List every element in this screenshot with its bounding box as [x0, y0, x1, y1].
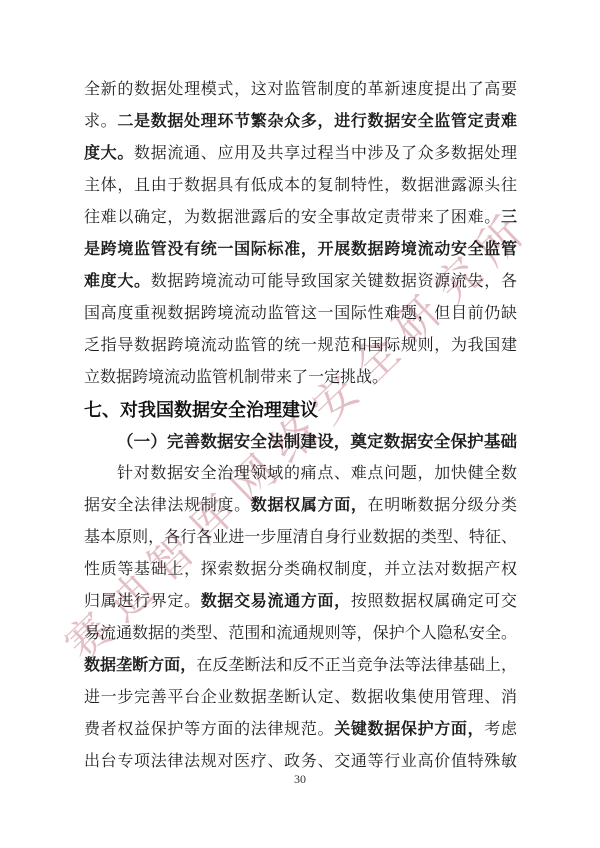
text-line: 归属进行界定。数据交易流通方面，按照数据权属确定可交 [84, 586, 517, 618]
text-line: 基本原则，各行各业进一步厘清自身行业数据的类型、特征、 [84, 522, 517, 554]
text-segment: 全新的数据处理模式，这对监管制度的革新速度提出了高要 [84, 81, 517, 98]
section-heading: 七、对我国数据安全治理建议 [84, 394, 517, 426]
text-segment: 立数据跨境流动监管机制带来了一定挑战。 [84, 369, 388, 386]
text-segment: 性质等基础上，探索数据分类确权制度，并立法对数据产权 [84, 561, 517, 578]
text-segment-bold: 关键数据保护方面， [334, 721, 484, 738]
text-segment: 求。 [84, 113, 117, 130]
text-line: 度大。数据流通、应用及共享过程当中涉及了众多数据处理 [84, 138, 517, 170]
text-line: 全新的数据处理模式，这对监管制度的革新速度提出了高要 [84, 74, 517, 106]
text-line: 难度大。数据跨境流动可能导致国家关键数据资源流失，各 [84, 266, 517, 298]
text-line: 是跨境监管没有统一国际标准，开展数据跨境流动安全监管 [84, 234, 517, 266]
page-number: 30 [0, 772, 600, 787]
text-line: 数据垄断方面，在反垄断法和反不正当竞争法等法律基础上， [84, 650, 517, 682]
text-line: 性质等基础上，探索数据分类确权制度，并立法对数据产权 [84, 554, 517, 586]
text-segment: 数据跨境流动可能导致国家关键数据资源流失，各 [151, 273, 517, 290]
text-line: 据安全法律法规制度。数据权属方面，在明晰数据分级分类 [84, 490, 517, 522]
text-segment: 在反垄断法和反不正当竞争法等法律基础上， [196, 657, 517, 674]
text-segment: 按照数据权属确定可交 [351, 593, 517, 610]
text-line: 针对数据安全治理领域的痛点、难点问题，加快健全数 [84, 458, 517, 490]
text-segment-bold: 是跨境监管没有统一国际标准，开展数据跨境流动安全监管 [84, 241, 517, 258]
text-segment: 往难以确定，为数据泄露后的安全事故定责带来了困难。 [84, 209, 501, 226]
text-segment-bold: 度大。 [84, 145, 134, 162]
text-segment-bold: 数据垄断方面， [84, 657, 196, 674]
document-page: 赛迪智库网络安全研究所 全新的数据处理模式，这对监管制度的革新速度提出了高要 求… [0, 0, 600, 848]
text-segment: 针对数据安全治理领域的痛点、难点问题，加快健全数 [117, 465, 517, 482]
text-line: 乏指导数据跨境流动监管的统一规范和国际规则，为我国建 [84, 330, 517, 362]
text-segment: 据安全法律法规制度。 [84, 497, 251, 514]
text-line: 费者权益保护等方面的法律规范。关键数据保护方面，考虑 [84, 714, 517, 746]
text-segment-bold: 二是数据处理环节繁杂众多，进行数据安全监管定责难 [117, 113, 517, 130]
text-line: 主体，且由于数据具有低成本的复制特性，数据泄露源头往 [84, 170, 517, 202]
text-segment: 主体，且由于数据具有低成本的复制特性，数据泄露源头往 [84, 177, 517, 194]
text-line: 进一步完善平台企业数据垄断认定、数据收集使用管理、消 [84, 682, 517, 714]
text-segment-bold: 三 [501, 209, 517, 226]
text-segment: 基本原则，各行各业进一步厘清自身行业数据的类型、特征、 [84, 529, 517, 546]
text-segment: 归属进行界定。 [84, 593, 201, 610]
text-segment: 国高度重视数据跨境流动监管这一国际性难题，但目前仍缺 [84, 305, 517, 322]
text-line: 求。二是数据处理环节繁杂众多，进行数据安全监管定责难 [84, 106, 517, 138]
text-segment: 乏指导数据跨境流动监管的统一规范和国际规则，为我国建 [84, 337, 517, 354]
text-segment-bold: 数据交易流通方面， [201, 593, 351, 610]
page-content: 全新的数据处理模式，这对监管制度的革新速度提出了高要 求。二是数据处理环节繁杂众… [84, 74, 517, 778]
text-segment: 考虑 [484, 721, 517, 738]
text-line: 易流通数据的类型、范围和流通规则等，保护个人隐私安全。 [84, 618, 517, 650]
text-segment-bold: 数据权属方面， [251, 497, 368, 514]
subsection-heading: （一）完善数据安全法制建设，奠定数据安全保护基础 [84, 426, 517, 458]
text-segment: 易流通数据的类型、范围和流通规则等，保护个人隐私安全。 [84, 625, 517, 642]
text-line: 国高度重视数据跨境流动监管这一国际性难题，但目前仍缺 [84, 298, 517, 330]
text-segment: 进一步完善平台企业数据垄断认定、数据收集使用管理、消 [84, 689, 517, 706]
text-line: 立数据跨境流动监管机制带来了一定挑战。 [84, 362, 517, 394]
text-line: 往难以确定，为数据泄露后的安全事故定责带来了困难。三 [84, 202, 517, 234]
text-segment: 数据流通、应用及共享过程当中涉及了众多数据处理 [134, 145, 517, 162]
text-segment: 费者权益保护等方面的法律规范。 [84, 721, 334, 738]
text-segment: 出台专项法律法规对医疗、政务、交通等行业高价值特殊敏 [84, 753, 517, 770]
text-segment: 在明晰数据分级分类 [368, 497, 517, 514]
text-segment-bold: 难度大。 [84, 273, 151, 290]
